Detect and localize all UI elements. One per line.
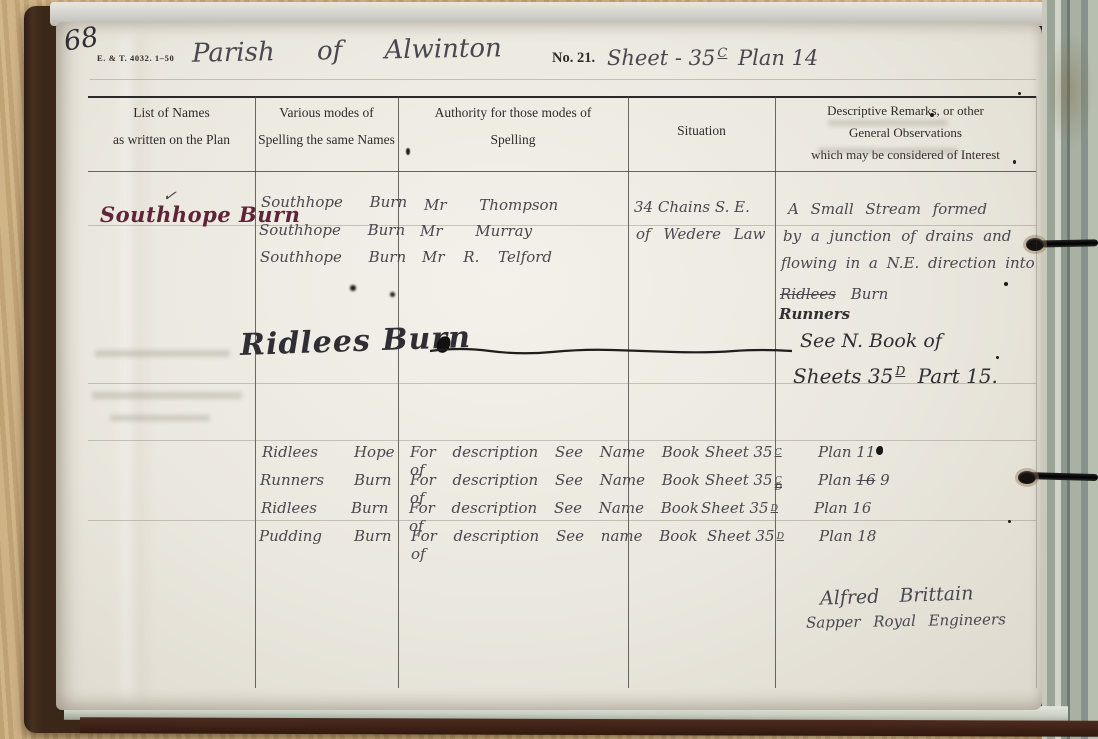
ref-plan-struck: 16 — [856, 471, 875, 489]
spelling-variant: Southhope Burn — [260, 248, 406, 266]
column-rule — [255, 96, 256, 688]
ink-speck — [1013, 160, 1016, 164]
header-line: List of Names — [88, 105, 255, 121]
ref-description: For description See name Book of — [411, 527, 711, 563]
ref-plan-number: 11 — [856, 443, 875, 461]
ref-plan: Plan 16 — [814, 499, 871, 517]
header-line: Spelling the same Names — [255, 132, 398, 148]
foxing-stain — [1046, 30, 1094, 150]
authority: Mr Thompson — [424, 196, 558, 214]
sheet-label: Sheet - 35 — [607, 46, 715, 70]
record-number: No. 21. — [552, 50, 595, 67]
bleed-through-text — [95, 350, 230, 357]
ink-smudge — [350, 285, 356, 291]
ink-smudge — [406, 148, 410, 155]
sheet-suffix: C — [717, 46, 727, 61]
form-print-code: E. & T. 4032. 1–50 — [97, 53, 174, 63]
ref-name2: Burn — [354, 471, 392, 489]
header-line: Spelling — [398, 132, 628, 148]
reference-row: RidleesHope For description See Name Boo… — [262, 443, 395, 461]
bleed-through-text — [92, 392, 242, 399]
ref-sheet-sup: C — [775, 450, 782, 457]
ink-smudge — [390, 292, 395, 297]
ref-sheet-label: Sheet 35 — [705, 471, 773, 489]
crossref-part-label: Part 15. — [918, 364, 998, 388]
ref-sheet-struck: D — [775, 485, 782, 492]
ink-speck — [1008, 520, 1011, 523]
header-line: Various modes of — [255, 105, 398, 121]
table-top-rule — [88, 96, 1036, 98]
dash-line — [428, 342, 796, 358]
ref-sheet-sup: D — [777, 534, 784, 541]
situation-line: of Wedere Law — [636, 225, 765, 243]
ref-name2: Burn — [351, 499, 389, 517]
header-line: Authority for those modes of — [398, 105, 628, 121]
table-header-rule — [88, 171, 1036, 172]
parish-title: Parish of Alwinton — [192, 33, 502, 68]
ref-name: Ridlees — [262, 443, 318, 461]
crossref-see-sheet: Sheets 35D Part 15. — [793, 363, 998, 388]
ruled-line — [88, 440, 1036, 441]
column-header-authority: Authority for those modes of Spelling — [398, 105, 628, 148]
reference-row: RidleesBurn For description See Name Boo… — [261, 499, 388, 517]
book-cover-bottom-edge — [80, 717, 1098, 737]
crossref-sheet-suffix: D — [895, 363, 905, 378]
ref-sheet: Sheet 35CD — [705, 471, 782, 492]
column-rule — [775, 96, 776, 688]
authority: Mr Murray — [420, 222, 532, 240]
bleed-through-text — [110, 415, 210, 421]
remarks-inserted-word: Runners — [779, 305, 850, 323]
table-right-rule — [1036, 96, 1037, 688]
ruled-line — [90, 79, 1036, 80]
surveyor-rank: Sapper Royal Engineers — [806, 610, 1006, 631]
ref-plan-label: Plan — [818, 471, 852, 489]
remarks-line: by a junction of drains and — [783, 227, 1011, 245]
page-number: 68 — [62, 22, 101, 58]
column-rule — [398, 96, 399, 688]
column-rule — [628, 96, 629, 688]
photo-of-name-book-page: 68 E. & T. 4032. 1–50 Parish of Alwinton… — [0, 0, 1098, 739]
authority: Mr R. Telford — [422, 248, 552, 266]
column-header-remarks: Descriptive Remarks, or other General Ob… — [775, 103, 1036, 163]
crossref-sheet-label: Sheets 35 — [793, 364, 893, 388]
ink-speck — [930, 113, 934, 117]
ref-sheet-label: Sheet 35 — [701, 499, 769, 517]
ref-plan-label: Plan — [814, 499, 848, 517]
ref-name2: Hope — [354, 443, 395, 461]
header-line: as written on the Plan — [88, 132, 255, 148]
ink-speck — [1004, 282, 1008, 286]
ref-plan: Plan 11 — [818, 443, 875, 461]
sheet-number: Sheet - 35C — [607, 46, 727, 70]
ref-plan-number: 18 — [857, 527, 876, 545]
ink-speck — [996, 356, 999, 359]
remarks-word: Burn — [851, 285, 889, 303]
ref-name: Pudding — [259, 527, 322, 545]
ref-sheet-sup: D — [771, 506, 778, 513]
situation-line: 34 Chains S. E. — [634, 198, 750, 216]
crossref-see-note: See N. Book of — [800, 330, 942, 352]
binding-hole — [1026, 238, 1044, 251]
ref-name: Runners — [260, 471, 324, 489]
ref-plan-number: 16 — [852, 499, 871, 517]
struck-word: Ridlees — [780, 285, 836, 303]
plan-number: Plan 14 — [738, 46, 818, 70]
ref-sheet-label: Sheet 35 — [707, 527, 775, 545]
column-header-situation: Situation — [628, 123, 775, 139]
ref-plan: Plan 16 9 — [818, 471, 890, 489]
ink-speck — [1018, 92, 1021, 95]
reference-row: PuddingBurn For description See name Boo… — [259, 527, 392, 545]
ref-plan: Plan 18 — [819, 527, 876, 545]
ref-plan-label: Plan — [819, 527, 853, 545]
ref-sheet: Sheet 35D — [701, 499, 778, 517]
reference-row: RunnersBurn For description See Name Boo… — [260, 471, 392, 489]
header-line: Descriptive Remarks, or other — [775, 103, 1036, 119]
remarks-line: flowing in a N.E. direction into — [781, 254, 1035, 272]
header-line: General Observations — [775, 125, 1036, 141]
spelling-variant: Southhope Burn — [259, 221, 405, 239]
ink-blot — [876, 446, 883, 455]
ref-sheet-label: Sheet 35 — [705, 443, 773, 461]
ref-plan-label: Plan — [818, 443, 852, 461]
ref-plan-number: 9 — [880, 471, 890, 489]
ref-name2: Burn — [354, 527, 392, 545]
ref-sheet: Sheet 35D — [707, 527, 784, 545]
spelling-variant: Southhope Burn — [261, 193, 407, 211]
bleed-through-text — [828, 120, 948, 126]
remarks-line: A Small Stream formed — [788, 200, 987, 218]
bleed-through-text — [818, 148, 958, 154]
remarks-correction-line: Ridlees Burn — [780, 285, 888, 303]
column-header-names: List of Names as written on the Plan — [88, 105, 255, 148]
ref-name: Ridlees — [261, 499, 317, 517]
binding-hole — [1018, 471, 1036, 484]
ref-sheet: Sheet 35C — [705, 443, 782, 461]
column-header-spelling-modes: Various modes of Spelling the same Names — [255, 105, 398, 148]
